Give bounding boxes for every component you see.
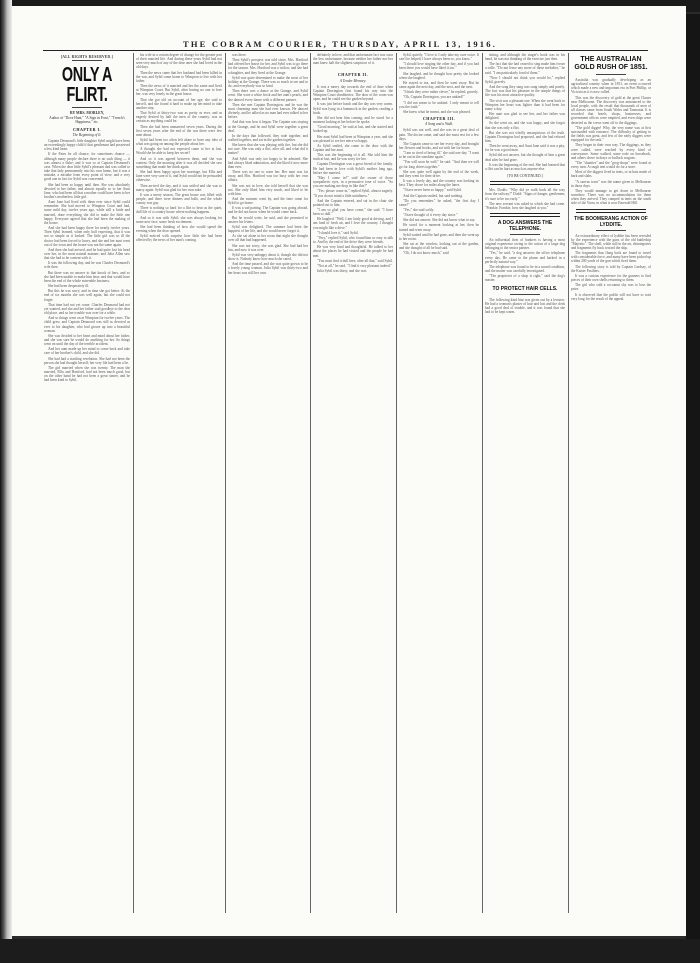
paragraph: She had been so happy until then. She wa… [44, 183, 130, 200]
paragraph: Aunt Jane had lived with them ever since… [44, 200, 130, 225]
paragraph: He laughed. "Well, I am fairly good at d… [313, 217, 393, 229]
paragraph: "Yes," he said, "a dog answers the offic… [485, 251, 565, 263]
chapter-subheading: A Tender Memory. [313, 79, 393, 83]
paragraph: And the song they sang was sung simply a… [485, 85, 565, 97]
article-body: The following kind hint was given out by… [485, 298, 565, 315]
paragraph: It was a sad parting. The Captain was go… [228, 206, 308, 214]
paragraph: But he would write, he said, and she pro… [228, 216, 308, 224]
paragraph: "I did not mean to be unkind. I only mea… [399, 101, 479, 109]
serial-title: ONLY A FLIRT. [56, 65, 118, 105]
paragraph: And so it was with Sybil; she was always… [136, 216, 222, 224]
protect-hair-headline: TO PROTECT HAIR CELLS. [485, 286, 565, 292]
paragraph: And Sybil was only too happy to be admir… [228, 157, 308, 169]
paragraph: He was very kind and thoughtful. He talk… [313, 245, 393, 257]
column-rule [133, 53, 134, 913]
paragraph: The following kind hint was given out by… [485, 298, 565, 315]
ornament-rule [72, 107, 102, 108]
paragraph: Then Sybil's prospect was told sister. M… [228, 58, 308, 75]
masthead-rule [43, 50, 648, 51]
paragraph: Most of the diggers lived in tents, or i… [571, 170, 651, 178]
ornament-rule [510, 234, 540, 235]
ornament-rule [596, 230, 626, 231]
paragraph: "I should love singing the other day, an… [399, 62, 479, 70]
paragraph: As Sybil smiled, she came to the door wi… [313, 144, 393, 152]
paragraph: It was a curious experience for the gunn… [571, 274, 651, 282]
scan-bottom-border [0, 939, 700, 963]
article-body: It was a merry day towards the end of Ju… [313, 85, 393, 273]
paragraph: It was a merry day towards the end of Ju… [313, 85, 393, 102]
paragraph: A thought she had not expected came to h… [136, 147, 222, 155]
paragraph: And so things went on at Wimpton for twe… [44, 316, 130, 333]
paragraph: Captain Dorrington was a great friend of… [313, 162, 393, 174]
column-rule [482, 53, 483, 913]
double-rule [490, 181, 560, 185]
paragraph: Then the news of it married and her the … [136, 84, 222, 96]
paragraph: Australia was gradually developing as an… [571, 78, 651, 95]
paragraph: The visit was a pleasant one. When she w… [485, 99, 565, 111]
paragraph: It is observed that the public will not … [571, 293, 651, 301]
column-rule [310, 53, 311, 913]
chapter-heading: CHAPTER III. [399, 117, 479, 121]
article-body: sitting, and although the singer's book … [485, 53, 565, 171]
paragraph: She knew that she was playing with fire,… [228, 143, 308, 155]
article-body: was there.Then Sybil's prospect was told… [228, 53, 308, 275]
paragraph: In the days that followed, they rode tog… [228, 134, 308, 142]
paragraph: "May I come in?" said the owner of those… [313, 176, 393, 188]
scan-left-edge [0, 0, 12, 963]
paragraph: "Oh, Captain Dorrington, you are unkind!… [399, 95, 479, 99]
paragraph: Sybil was not well, and she was in a gre… [399, 128, 479, 140]
paragraph: "I have thought of it every day since." [399, 213, 479, 217]
double-rule [576, 209, 646, 213]
chapter-heading: CHAPTER I. [44, 128, 130, 132]
paragraph: Her aunt was glad to see her, and her fa… [485, 112, 565, 120]
paragraph: "The proprietor of a shop is right," sai… [485, 274, 565, 282]
paragraph: "I think they were rather clever," he re… [399, 90, 479, 94]
column-2: his wife in a certain degree of change f… [136, 53, 222, 913]
ornament-rule [596, 74, 626, 75]
paragraph: This was the beginning of it all. She to… [313, 153, 393, 161]
paragraph: The fragments thus flung back are found … [571, 251, 651, 263]
ornament-rule [72, 60, 102, 61]
paragraph: He stood for a moment looking at her, th… [399, 223, 479, 231]
masthead: THE COBRAM COURIER, THURSDAY, APRIL 13, … [100, 39, 580, 49]
article-body: Australia was gradually developing as an… [571, 78, 651, 206]
paragraph: sitting, and although the singer's book … [485, 53, 565, 61]
paragraph: She was not in love; she told herself th… [228, 184, 308, 196]
paragraph: Then she had been unmarried seven years.… [136, 125, 222, 137]
paragraph: And the time passed, and she was quite g… [228, 262, 308, 274]
paragraph: And then she had arrived, and he had qui… [44, 248, 130, 260]
paragraph: definitely in love, and that unfortunate… [313, 53, 393, 65]
column-7: THE AUSTRALIAN GOLD RUSH OF 1851. Austra… [571, 53, 651, 913]
paragraph: "You will soon be well," he said. "And t… [399, 160, 479, 168]
article-body: An extraordinary effect of lyddite has b… [571, 234, 651, 301]
paragraph: The Captain came to see her every day, a… [399, 142, 479, 150]
article-body: An influential firm of bankers is having… [485, 238, 565, 283]
serial-author-note: Author of "Dove Hunt," "A Sign in Frost,… [44, 116, 130, 124]
column-4: definitely in love, and that unfortunate… [313, 53, 393, 913]
paragraph: It was the beginning of the end. She had… [485, 163, 565, 171]
article-body: Mrs. Dodds: "Why did ye walk back all th… [485, 188, 565, 210]
paragraph: The girl married when she was twenty. Th… [44, 366, 130, 383]
paragraph: Sybil did not answer, but she thought of… [485, 153, 565, 161]
paragraph: Mrs. Dodds: "Why did ye walk back all th… [485, 188, 565, 200]
column-6: sitting, and although the singer's book … [485, 53, 565, 913]
column-rule [568, 53, 569, 913]
paragraph: They began in their own way. The digging… [571, 143, 651, 160]
column-rule [396, 53, 397, 913]
paragraph: "Now I should not think you would be," r… [485, 76, 565, 84]
serial-kicker: [ALL RIGHTS RESERVED.] [44, 55, 130, 59]
paragraph: "I have never been so happy," said Sybil… [399, 188, 479, 192]
paragraph: She did not hear him coming, and he stoo… [313, 116, 393, 124]
paragraph: Sybil was quite determined to make the m… [228, 76, 308, 88]
paragraph: "Good morning," he said at last, and she… [313, 125, 393, 133]
paragraph: It was just before lunch and the day was… [313, 102, 393, 114]
ornament-rule [510, 294, 540, 295]
paragraph: She had been thinking of how she would s… [136, 225, 222, 233]
paragraph: "The gold digger! Why, the very name was… [571, 126, 651, 143]
paragraph: Then there was a dance at the Grange, an… [228, 89, 308, 101]
gold-rush-headline: THE AUSTRALIAN GOLD RUSH OF 1851. [571, 56, 651, 72]
paragraph: Then he went away, and Aunt Jane said it… [485, 144, 565, 152]
dog-telephone-headline: A DOG ANSWERS THE TELEPHONE. [485, 220, 565, 232]
paragraph: "Yes; please come in," replied Sybil, al… [313, 189, 393, 197]
paragraph: That Sybil at thirty-two was as pretty a… [136, 111, 222, 123]
double-rule [490, 213, 560, 217]
paragraph: "Do you remember," he asked, "the first … [399, 199, 479, 207]
paragraph: "A canvas town" was the name given to Me… [571, 180, 651, 188]
paragraph: This was the discovery of gold at the gr… [571, 96, 651, 125]
article-body: definitely in love, and that unfortunate… [313, 53, 393, 65]
paragraph: She had had a startling revelation. She … [44, 357, 130, 365]
paragraph: Then arrived the day, and it was settled… [136, 184, 222, 192]
chapter-subheading: A Song and a Walk. [399, 122, 479, 126]
paragraph: An extraordinary effect of lyddite has b… [571, 234, 651, 251]
paragraph: The fact that she had ceased to sing mad… [485, 62, 565, 74]
lyddite-headline: THE BOOMERANG ACTION OF LYDDITE. [571, 216, 651, 228]
paragraph: And the summer went by, and the time cam… [228, 197, 308, 205]
paragraph: And so it was agreed between them, and s… [136, 157, 222, 169]
paragraph: "You must find it dull here, after all t… [313, 259, 393, 263]
paragraph: She sat at the window, looking out at th… [399, 242, 479, 250]
paragraph: She had been happy upon her marriage, bu… [136, 170, 222, 182]
paragraph: The girl who sold a cocoanut shy was to … [571, 283, 651, 291]
column-3: was there.Then Sybil's prospect was told… [228, 53, 308, 913]
paragraph: Sybil waited until he had gone, and then… [399, 233, 479, 241]
paragraph: She was quite well again by the end of t… [399, 170, 479, 178]
paragraph: Sybil was delighted. The summer had been… [228, 225, 308, 233]
paragraph: "Very," replied Sybil, who found him so … [313, 236, 393, 244]
paragraph: Sybil, quietly. "I love it. I only take … [399, 53, 479, 61]
article-body: his wife in a certain degree of change f… [136, 53, 222, 243]
paragraph: "I am so glad you have come," she said. … [313, 208, 393, 216]
paragraph: He stayed to tea, and then he went away.… [399, 81, 479, 89]
paragraph: But this he was sorry; and in time she g… [44, 289, 130, 301]
paragraph: That she got old on account of her age, … [136, 98, 222, 110]
paragraph: So she went on, and she was happy, and s… [485, 121, 565, 129]
paragraph: Sybil had been too often left alone to h… [136, 138, 222, 146]
scan-right-edge [686, 14, 700, 944]
paragraph: The following story is told by Captain L… [571, 265, 651, 273]
paragraph: An influential firm of bankers is having… [485, 238, 565, 250]
paragraph: She was decided to her heart and mind ab… [44, 334, 130, 346]
paragraph: They would manage to get down to Melbour… [571, 189, 651, 206]
paragraph: Sybil was very unhappy about it, though … [228, 253, 308, 261]
article-body: Sybil was not well, and she was in a gre… [399, 128, 479, 255]
paragraph: was there. [228, 53, 308, 57]
paragraph: "Oh, I do not know much," said [399, 251, 479, 255]
paragraph: And her aunt made up her mind to come ba… [44, 347, 130, 355]
paragraph: She knew what he meant, and she was plea… [399, 110, 479, 114]
paragraph: It was a lovely day, and the country was… [399, 179, 479, 187]
paragraph: The telephone was found to be in a sound… [485, 265, 565, 273]
paragraph: Then she met Captain Dorrington, and he … [228, 103, 308, 120]
paragraph: Julia Sybil was thirty, and she was [313, 269, 393, 273]
paragraph: She did not answer. She did not know wha… [399, 218, 479, 222]
paragraph: his wife in a certain degree of change f… [136, 53, 222, 70]
paragraph: She was not sorry; she was glad. She had… [228, 244, 308, 252]
paragraph: "Not at all," he said. "I find it very p… [313, 264, 393, 268]
paragraph: But there was no answer to that knock of… [44, 271, 130, 283]
paragraph: Captain Desmond's little daughter Sybil … [44, 139, 130, 151]
article-body: Captain Desmond's little daughter Sybil … [44, 139, 130, 383]
paragraph: "Yes," she said softly. [399, 208, 479, 212]
paragraph: "I should love it," said Sybil. [313, 231, 393, 235]
paragraph: Her aunt Sybil had been at Wimpton a yea… [313, 135, 393, 143]
paragraph: And she had been happy there for nearly … [44, 226, 130, 247]
column-rule [225, 53, 226, 913]
to-be-continued: [TO BE CONTINUED.] [485, 174, 565, 178]
column-5: Sybil, quietly. "I love it. I only take … [399, 53, 479, 913]
chapter-heading: CHAPTER II. [313, 73, 393, 77]
paragraph: If the Fates be all chance, for sometime… [44, 152, 130, 181]
column-1: [ALL RIGHTS RESERVED.] ONLY A FLIRT. BY … [44, 53, 130, 913]
article-body: Sybil, quietly. "I love it. I only take … [399, 53, 479, 114]
paragraph: As she sat alone in her room that night … [228, 234, 308, 242]
chapter-subheading: The Beginning of It. [44, 133, 130, 137]
paragraph: "The "shanties" and the "grog-shops" wer… [571, 161, 651, 169]
paragraph: And the Captain entered, and sat in the … [313, 199, 393, 207]
paragraph: It was the following day, and he was Cha… [44, 261, 130, 269]
serial-byline: BY MRS. MORLEY, [44, 111, 130, 115]
paragraph: "I am so tired of being ill," she said o… [399, 151, 479, 159]
paragraph: There is nothing so hard for a flirt to … [136, 206, 222, 214]
paragraph: And the Captain smiled, but said nothing… [399, 194, 479, 198]
paragraph: She had been desperately ill. [44, 284, 130, 288]
paragraph: But she was not wholly unsuspicious of t… [485, 131, 565, 143]
paragraph: That time had not yet come. Charles Desm… [44, 303, 130, 315]
paragraph: Sybil noticed with surprise how little s… [136, 234, 222, 242]
paragraph: And that was how it began. The Captain w… [228, 120, 308, 132]
paragraph: It was a merry season. The great house w… [136, 193, 222, 205]
paragraph: The new servant was asked in which she h… [485, 202, 565, 210]
paragraph: Then the news came that her husband had … [136, 71, 222, 83]
paragraph: There was no one to warn her. Her aunt w… [228, 170, 308, 182]
paragraph: She laughed, and he thought how pretty s… [399, 72, 479, 80]
